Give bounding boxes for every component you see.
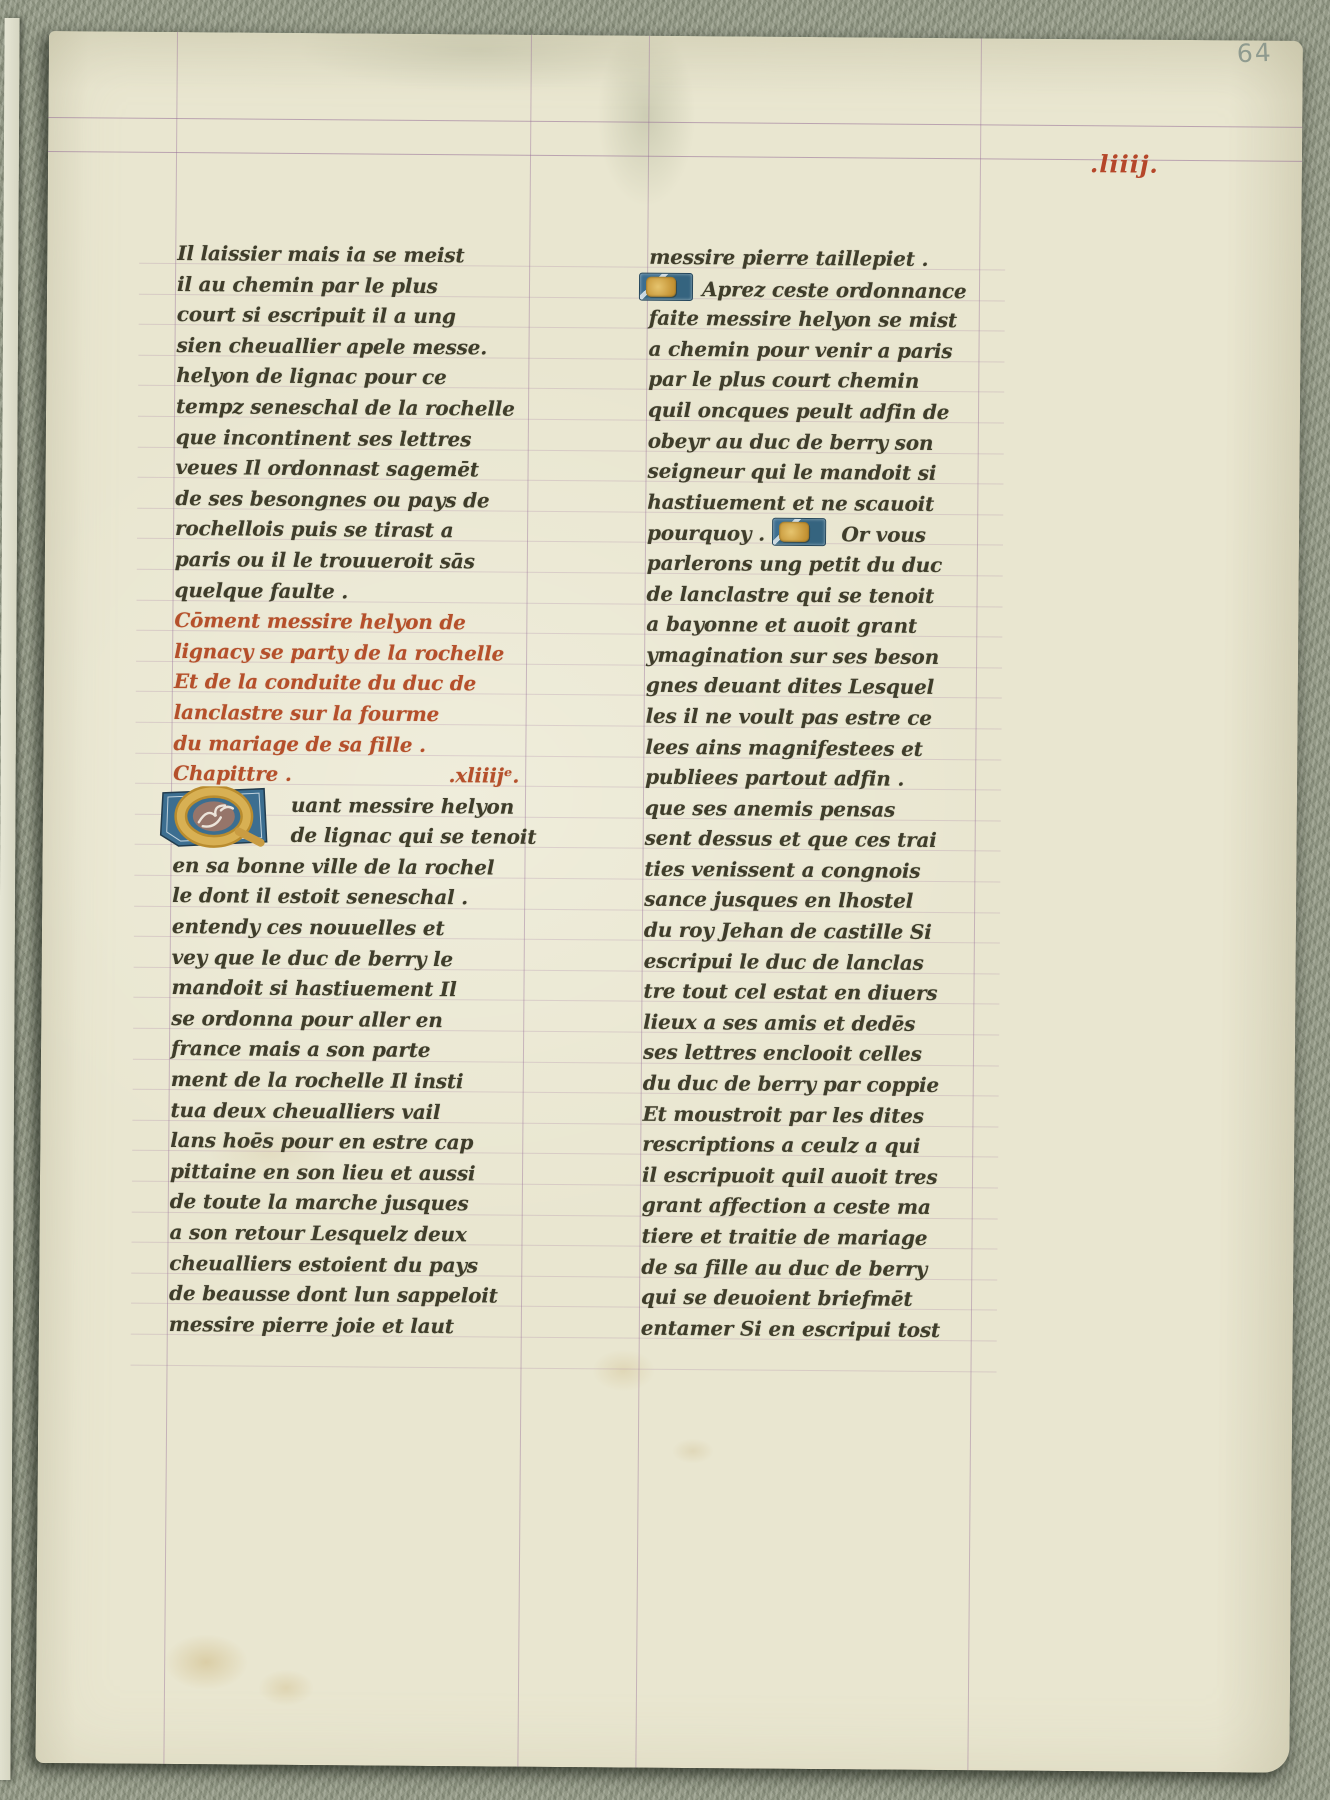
text-run: rescriptions a ceulz a qui [642, 1132, 920, 1158]
text-line: messire pierre taillepiet . [649, 242, 1011, 275]
text-run: de lignac qui se tenoit [291, 823, 537, 849]
text-line: lanclastre sur la fourme [174, 697, 536, 730]
text-line: le dont il estoit seneschal . [172, 880, 534, 913]
text-line: il au chemin par le plus [177, 269, 539, 302]
text-line: de sa fille au duc de berry [641, 1251, 1003, 1284]
text-run: messire pierre joie et laut [169, 1312, 454, 1338]
text-line: ses lettres enclooit celles [643, 1037, 1005, 1070]
text-run: tempz seneschal de la rochelle [176, 394, 515, 421]
text-line: quelque faulte . [174, 575, 536, 608]
text-run: de sa fille au duc de berry [641, 1254, 927, 1280]
text-run: messire pierre taillepiet . [649, 245, 928, 271]
text-run: helyon de lignac pour ce [176, 363, 446, 389]
text-run: sance jusques en lhostel [644, 887, 913, 913]
text-run: court si escripuit il a ung [177, 302, 456, 328]
text-line: quil oncques peult adfin de [648, 395, 1010, 428]
text-line: tempz seneschal de la rochelle [176, 391, 538, 424]
text-run: de toute la marche jusques [170, 1189, 469, 1215]
text-run: le dont il estoit seneschal . [172, 883, 468, 909]
text-run: ties venissent a congnois [644, 857, 920, 883]
text-run: il au chemin par le plus [177, 272, 438, 298]
text-line: grant affection a ceste ma [642, 1190, 1004, 1223]
text-line: par le plus court chemin [648, 364, 1010, 397]
text-run: lanclastre sur la fourme [174, 700, 440, 726]
text-line: helyon de lignac pour ce [176, 360, 538, 393]
text-run: uant messire helyon [291, 793, 514, 819]
text-run: france mais a son parte [171, 1036, 431, 1062]
text-run: hastiuement et ne scauoit [647, 489, 934, 515]
text-run: il escripuoit quil auoit tres [642, 1163, 938, 1189]
text-run: Cōment messire helyon de [174, 608, 466, 634]
text-run: lees ains magnifestees et [645, 734, 922, 760]
text-line: seigneur qui le mandoit si [647, 456, 1009, 489]
text-line: ties venissent a congnois [644, 854, 1006, 887]
text-line: lans hoēs pour en estre cap [170, 1125, 532, 1158]
text-line: de lanclastre qui se tenoit [646, 578, 1008, 611]
text-run: veues Il ordonnast sagemēt [175, 455, 478, 481]
text-line: Il laissier mais ia se meist [177, 238, 539, 271]
text-line: Et moustroit par les dites [642, 1098, 1004, 1131]
text-line: court si escripuit il a ung [177, 299, 539, 332]
text-run: se ordonna pour aller en [171, 1006, 443, 1032]
text-run: tua deux cheualliers vail [170, 1098, 440, 1124]
text-line: escripui le duc de lanclas [644, 945, 1006, 978]
text-run: a chemin pour venir a paris [648, 337, 952, 363]
text-run: obeyr au duc de berry son [648, 428, 934, 454]
text-run: tre tout cel estat en diuers [643, 979, 937, 1005]
text-run: quelque faulte . [175, 578, 349, 603]
text-run: entamer Si en escripui tost [641, 1315, 940, 1341]
text-line: parlerons ung petit du duc [647, 548, 1009, 581]
text-run: Aprez ceste ordonnance [702, 277, 967, 303]
text-line: rochellois puis se tirast a [175, 513, 537, 546]
text-run: cheualliers estoient du pays [169, 1251, 478, 1277]
text-run: de beausse dont lun sappeloit [169, 1281, 498, 1308]
text-line: Cōment messire helyon de [174, 605, 536, 638]
text-run: du mariage de sa fille . [173, 730, 426, 756]
text-line: tre tout cel estat en diuers [643, 976, 1005, 1009]
text-run: Et de la conduite du duc de [174, 669, 476, 695]
adjacent-leaf-edge [0, 18, 20, 1780]
text-run: sent dessus et que ces trai [645, 826, 937, 852]
text-line: pittaine en son lieu et aussi [170, 1156, 532, 1189]
text-run: lieux a ses amis et dedēs [643, 1010, 915, 1036]
text-line: france mais a son parte [171, 1033, 533, 1066]
text-run: grant affection a ceste ma [642, 1193, 931, 1219]
text-run: parlerons ung petit du duc [647, 551, 942, 577]
pencil-folio-number: 64 [1236, 38, 1273, 69]
ruling-horizontal-header-1 [48, 117, 1302, 128]
text-line: lees ains magnifestees et [645, 731, 1007, 764]
text-run: que ses anemis pensas [645, 795, 895, 821]
text-run: faite messire helyon se mist [649, 306, 957, 332]
text-line: les il ne voult pas estre ce [646, 701, 1008, 734]
text-line: hastiuement et ne scauoit [647, 486, 1009, 519]
text-line: ymagination sur ses beson [646, 639, 1008, 672]
text-line: il escripuoit quil auoit tres [642, 1160, 1004, 1193]
text-run: entendy ces nouuelles et [172, 914, 445, 940]
text-line: rescriptions a ceulz a qui [642, 1129, 1004, 1162]
text-line: entamer Si en escripui tost [641, 1312, 1003, 1345]
ruling-text-line [131, 1364, 997, 1372]
text-run: pourquoy . [647, 521, 772, 546]
text-line: Aprez ceste ordonnance [649, 272, 1011, 305]
champ-initial [772, 518, 826, 546]
text-line: veues Il ordonnast sagemēt [175, 452, 537, 485]
text-line: vey que le duc de berry le [172, 942, 534, 975]
text-line: se ordonna pour aller en [171, 1003, 533, 1036]
text-run: que incontinent ses lettres [176, 425, 472, 451]
ruling-text-lines [49, 31, 1303, 41]
text-line: de toute la marche jusques [170, 1186, 532, 1219]
text-line: sance jusques en lhostel [644, 884, 1006, 917]
text-line: sent dessus et que ces trai [645, 823, 1007, 856]
text-line: de beausse dont lun sappeloit [169, 1278, 531, 1311]
text-run: en sa bonne ville de la rochel [172, 853, 494, 880]
text-run: seigneur qui le mandoit si [647, 459, 936, 485]
text-line: mandoit si hastiuement Il [171, 972, 533, 1005]
text-line: cheualliers estoient du pays [169, 1248, 531, 1281]
text-run: a bayonne et auoit grant [646, 612, 917, 638]
text-run: tiere et traitie de mariage [641, 1224, 927, 1250]
text-run: lignacy se party de la rochelle [174, 639, 504, 666]
text-run: du roy Jehan de castille Si [644, 918, 932, 944]
text-run: de lanclastre qui se tenoit [647, 581, 935, 607]
text-line: gnes deuant dites Lesquel [646, 670, 1008, 703]
rubric-folio-number: .liiij. [1090, 149, 1159, 179]
manuscript-page: 64 .liiij. Il laissier mais ia se meisti… [35, 31, 1303, 1773]
text-run: de ses besongnes ou pays de [175, 486, 489, 512]
text-run: pittaine en son lieu et aussi [170, 1159, 476, 1185]
text-run: ses lettres enclooit celles [643, 1040, 922, 1066]
text-line: Et de la conduite du duc de [174, 666, 536, 699]
text-column-right: messire pierre taillepiet .Aprez ceste o… [641, 242, 1012, 1346]
text-run: lans hoēs pour en estre cap [170, 1128, 473, 1154]
text-run: ymagination sur ses beson [646, 642, 939, 668]
text-run: par le plus court chemin [648, 367, 919, 393]
text-run: rochellois puis se tirast a [175, 516, 454, 542]
champ-initial [639, 272, 693, 300]
text-run: mandoit si hastiuement Il [171, 975, 456, 1001]
text-line: sien cheuallier apele messe. [176, 330, 538, 363]
text-line: lignacy se party de la rochelle [174, 636, 536, 669]
text-line: pourquoy . Or vous [647, 517, 1009, 550]
text-line: lieux a ses amis et dedēs [643, 1007, 1005, 1040]
text-line: qui se deuoient briefmēt [641, 1282, 1003, 1315]
text-line: a chemin pour venir a paris [648, 334, 1010, 367]
text-line: du duc de berry par coppie [643, 1068, 1005, 1101]
text-run: Il laissier mais ia se meist [177, 241, 464, 267]
text-line: messire pierre joie et laut [169, 1309, 531, 1342]
text-run: paris ou il le trouueroit sās [175, 547, 475, 573]
text-run: vey que le duc de berry le [172, 945, 453, 971]
text-run: a son retour Lesquelz deux [169, 1220, 466, 1246]
text-run: Chapittre . [173, 758, 292, 790]
text-line: en sa bonne ville de la rochel [172, 850, 534, 883]
chapter-number: .xliiijᵉ. [448, 760, 519, 791]
text-run: qui se deuoient briefmēt [641, 1285, 913, 1311]
text-run: sien cheuallier apele messe. [176, 333, 487, 359]
text-run: du duc de berry par coppie [643, 1071, 939, 1097]
text-line: faite messire helyon se mist [649, 303, 1011, 336]
text-line: que ses anemis pensas [645, 792, 1007, 825]
text-line: du roy Jehan de castille Si [644, 915, 1006, 948]
text-line: ment de la rochelle Il insti [171, 1064, 533, 1097]
text-line: publiees partout adfin . [645, 762, 1007, 795]
text-line: de ses besongnes ou pays de [175, 483, 537, 516]
text-line: tua deux cheualliers vail [170, 1095, 532, 1128]
text-line: a son retour Lesquelz deux [169, 1217, 531, 1250]
text-line: entendy ces nouuelles et [172, 911, 534, 944]
text-run: Et moustroit par les dites [642, 1101, 923, 1127]
text-line: du mariage de sa fille . [173, 727, 535, 760]
photo-fabric-background: 64 .liiij. Il laissier mais ia se meisti… [0, 0, 1330, 1800]
text-run: escripui le duc de lanclas [644, 948, 924, 974]
text-line: que incontinent ses lettres [176, 422, 538, 455]
text-line: obeyr au duc de berry son [648, 425, 1010, 458]
illuminated-initial-q-art [159, 786, 269, 849]
text-run: quil oncques peult adfin de [648, 398, 949, 424]
text-run: publiees partout adfin . [645, 765, 904, 791]
text-line: tiere et traitie de mariage [641, 1221, 1003, 1254]
illuminated-initial-Q [159, 786, 269, 849]
text-run: ment de la rochelle Il insti [171, 1067, 464, 1093]
text-line: a bayonne et auoit grant [646, 609, 1008, 642]
text-run: les il ne voult pas estre ce [646, 704, 932, 730]
text-run: Or vous [835, 523, 926, 548]
text-line: paris ou il le trouueroit sās [175, 544, 537, 577]
text-run: gnes deuant dites Lesquel [646, 673, 934, 699]
